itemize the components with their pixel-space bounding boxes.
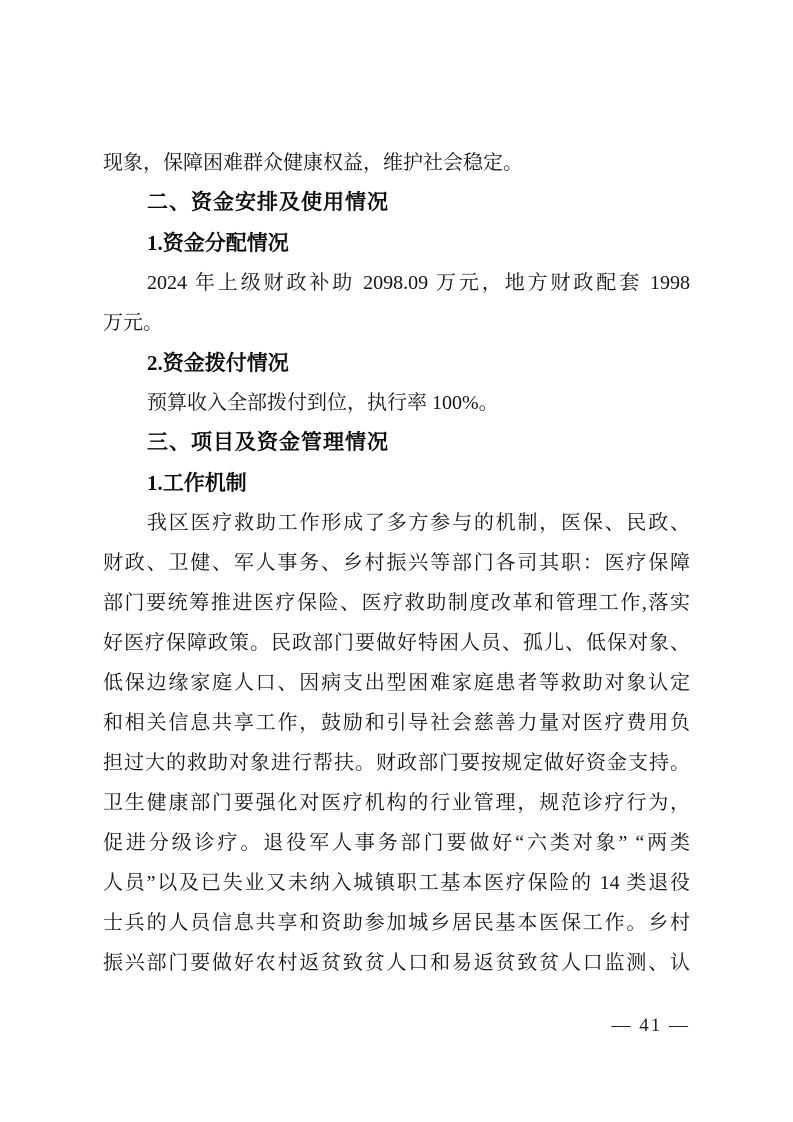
text-line: 2.资金拨付情况 [103, 343, 690, 383]
text-line: 万元。 [103, 303, 690, 343]
text-line: 财政、卫健、军人事务、乡村振兴等部门各司其职：医疗保障 [103, 543, 690, 583]
page-number: — 41 — [612, 1012, 691, 1040]
document-body: 现象，保障困难群众健康权益，维护社会稳定。二、资金安排及使用情况1.资金分配情况… [103, 143, 690, 983]
paragraph: 我区医疗救助工作形成了多方参与的机制，医保、民政、财政、卫健、军人事务、乡村振兴… [103, 503, 690, 983]
text-line: 卫生健康部门要强化对医疗机构的行业管理，规范诊疗行为， [103, 783, 690, 823]
section-heading: 1.工作机制 [103, 463, 690, 503]
text-line: 三、项目及资金管理情况 [103, 423, 690, 463]
text-line: 二、资金安排及使用情况 [103, 183, 690, 223]
section-heading: 二、资金安排及使用情况 [103, 183, 690, 223]
paragraph: 2024 年上级财政补助 2098.09 万元，地方财政配套 1998万元。 [103, 263, 690, 343]
paragraph: 预算收入全部拨付到位，执行率 100%。 [103, 383, 690, 423]
text-line: 2024 年上级财政补助 2098.09 万元，地方财政配套 1998 [103, 263, 690, 303]
text-line: 担过大的救助对象进行帮扶。财政部门要按规定做好资金支持。 [103, 743, 690, 783]
text-line: 士兵的人员信息共享和资助参加城乡居民基本医保工作。乡村 [103, 903, 690, 943]
section-heading: 三、项目及资金管理情况 [103, 423, 690, 463]
section-heading: 1.资金分配情况 [103, 223, 690, 263]
text-line: 1.资金分配情况 [103, 223, 690, 263]
text-line: 和相关信息共享工作，鼓励和引导社会慈善力量对医疗费用负 [103, 703, 690, 743]
text-line: 好医疗保障政策。民政部门要做好特困人员、孤儿、低保对象、 [103, 623, 690, 663]
document-page: 现象，保障困难群众健康权益，维护社会稳定。二、资金安排及使用情况1.资金分配情况… [0, 0, 793, 1122]
section-heading: 2.资金拨付情况 [103, 343, 690, 383]
text-line: 预算收入全部拨付到位，执行率 100%。 [103, 383, 690, 423]
text-line: 1.工作机制 [103, 463, 690, 503]
text-line: 低保边缘家庭人口、因病支出型困难家庭患者等救助对象认定 [103, 663, 690, 703]
text-line: 促进分级诊疗。退役军人事务部门要做好“六类对象” “两类 [103, 823, 690, 863]
text-line: 现象，保障困难群众健康权益，维护社会稳定。 [103, 143, 690, 183]
text-line: 我区医疗救助工作形成了多方参与的机制，医保、民政、 [103, 503, 690, 543]
text-line: 人员”以及已失业又未纳入城镇职工基本医疗保险的 14 类退役 [103, 863, 690, 903]
paragraph: 现象，保障困难群众健康权益，维护社会稳定。 [103, 143, 690, 183]
text-line: 振兴部门要做好农村返贫致贫人口和易返贫致贫人口监测、认 [103, 943, 690, 983]
text-line: 部门要统筹推进医疗保险、医疗救助制度改革和管理工作,落实 [103, 583, 690, 623]
